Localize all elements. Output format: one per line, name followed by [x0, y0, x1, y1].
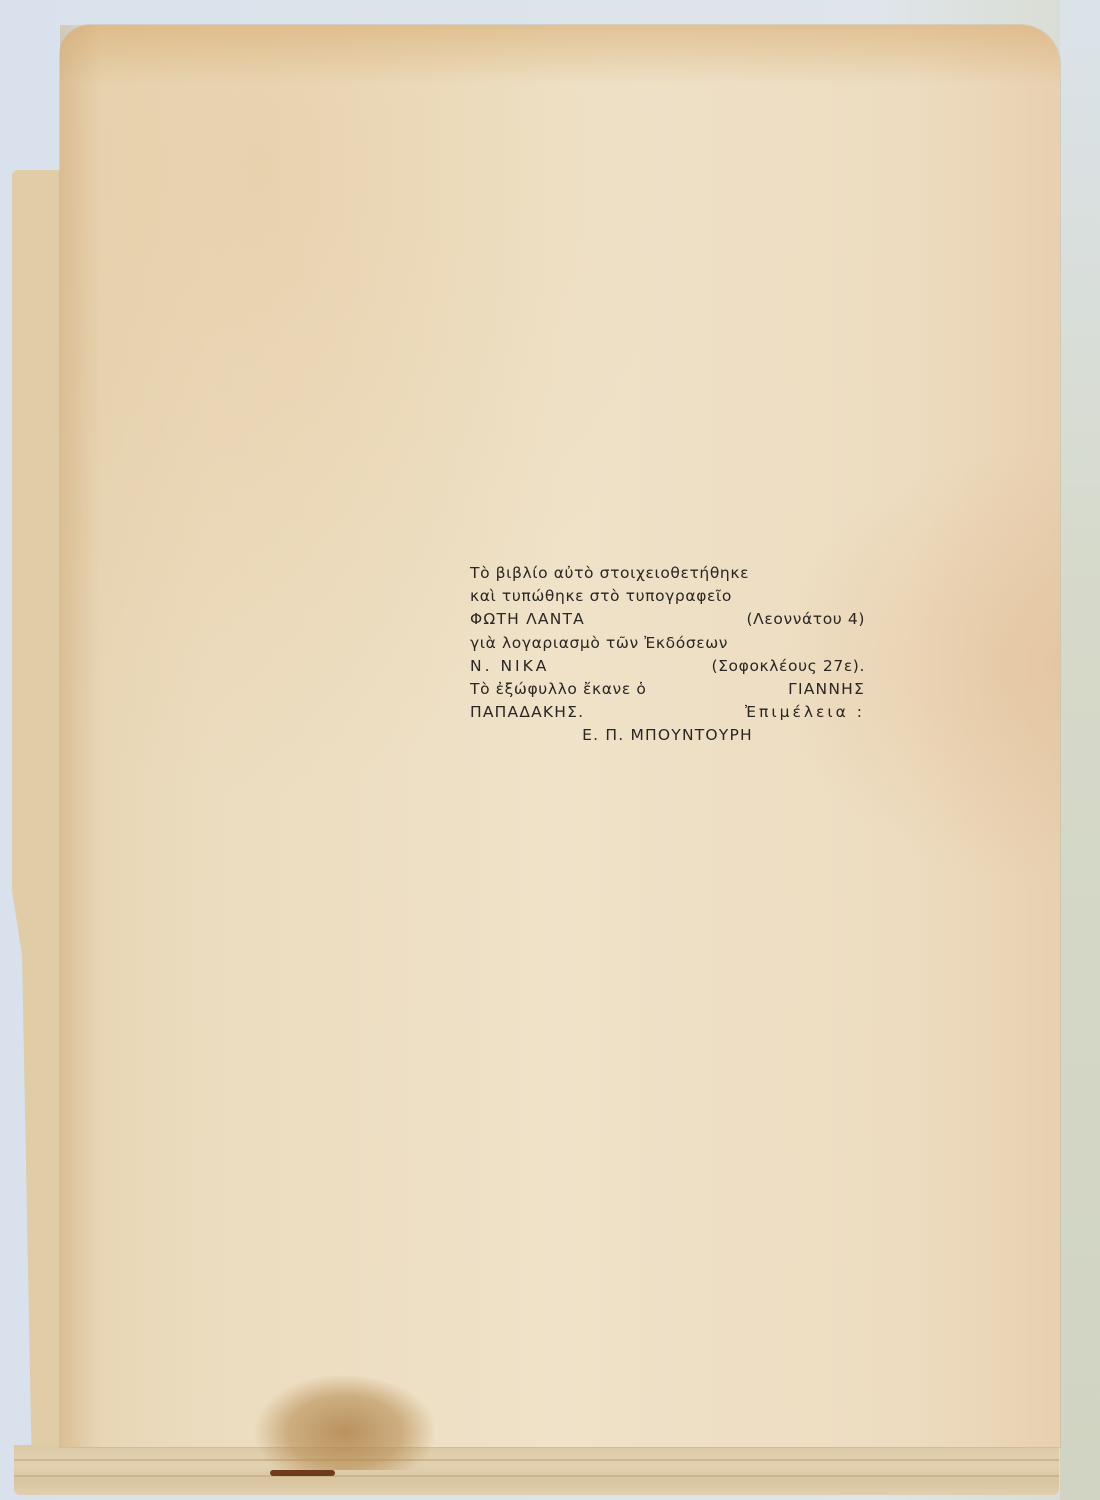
- colophon-line-4-text: γιὰ λογαριασμὸ τῶν Ἐκδόσεων: [470, 632, 728, 655]
- background-surface-right: [1060, 0, 1100, 1500]
- colophon-line-4: γιὰ λογαριασμὸ τῶν Ἐκδόσεων: [470, 632, 865, 655]
- printer-name: ΦΩΤΗ ΛΑΝΤΑ: [470, 608, 585, 631]
- editor-name: Ε. Π. ΜΠΟΥΝΤΟΥΡΗ: [582, 724, 753, 747]
- cover-artist-last-name: ΠΑΠΑΔΑΚΗΣ.: [470, 701, 584, 724]
- cover-artist-first-name: ΓΙΑΝΝΗΣ: [788, 678, 865, 701]
- colophon-line-1: Τὸ βιβλίο αὐτὸ στοιχειοθετήθηκε: [470, 562, 865, 585]
- publisher-name: Ν. ΝΙΚΑ: [470, 655, 549, 678]
- publisher-address: (Σοφοκλέους 27ε).: [712, 655, 865, 678]
- cover-credit-text: Τὸ ἐξώφυλλο ἔκανε ὁ: [470, 678, 646, 701]
- colophon-line-5: Ν. ΝΙΚΑ (Σοφοκλέους 27ε).: [470, 655, 865, 678]
- colophon-line-6: Τὸ ἐξώφυλλο ἔκανε ὁ ΓΙΑΝΝΗΣ: [470, 678, 865, 701]
- editing-label: Ἐπιμέλεια :: [745, 701, 865, 724]
- dark-stain-mark: [270, 1470, 335, 1476]
- colophon-line-2: καὶ τυπώθηκε στὸ τυπογραφεῖο: [470, 585, 865, 608]
- colophon-text-block: Τὸ βιβλίο αὐτὸ στοιχειοθετήθηκε καὶ τυπώ…: [470, 562, 865, 748]
- page-stack-bottom-edge: [14, 1445, 1059, 1495]
- colophon-line-3: ΦΩΤΗ ΛΑΝΤΑ (Λεοννάτου 4): [470, 608, 865, 631]
- colophon-line-7: ΠΑΠΑΔΑΚΗΣ. Ἐπιμέλεια :: [470, 701, 865, 724]
- water-stain: [255, 1375, 435, 1470]
- colophon-line-1-text: Τὸ βιβλίο αὐτὸ στοιχειοθετήθηκε: [470, 562, 749, 585]
- colophon-line-8: Ε. Π. ΜΠΟΥΝΤΟΥΡΗ: [470, 724, 865, 747]
- printer-address: (Λεοννάτου 4): [747, 608, 865, 631]
- colophon-line-2-text: καὶ τυπώθηκε στὸ τυπογραφεῖο: [470, 585, 732, 608]
